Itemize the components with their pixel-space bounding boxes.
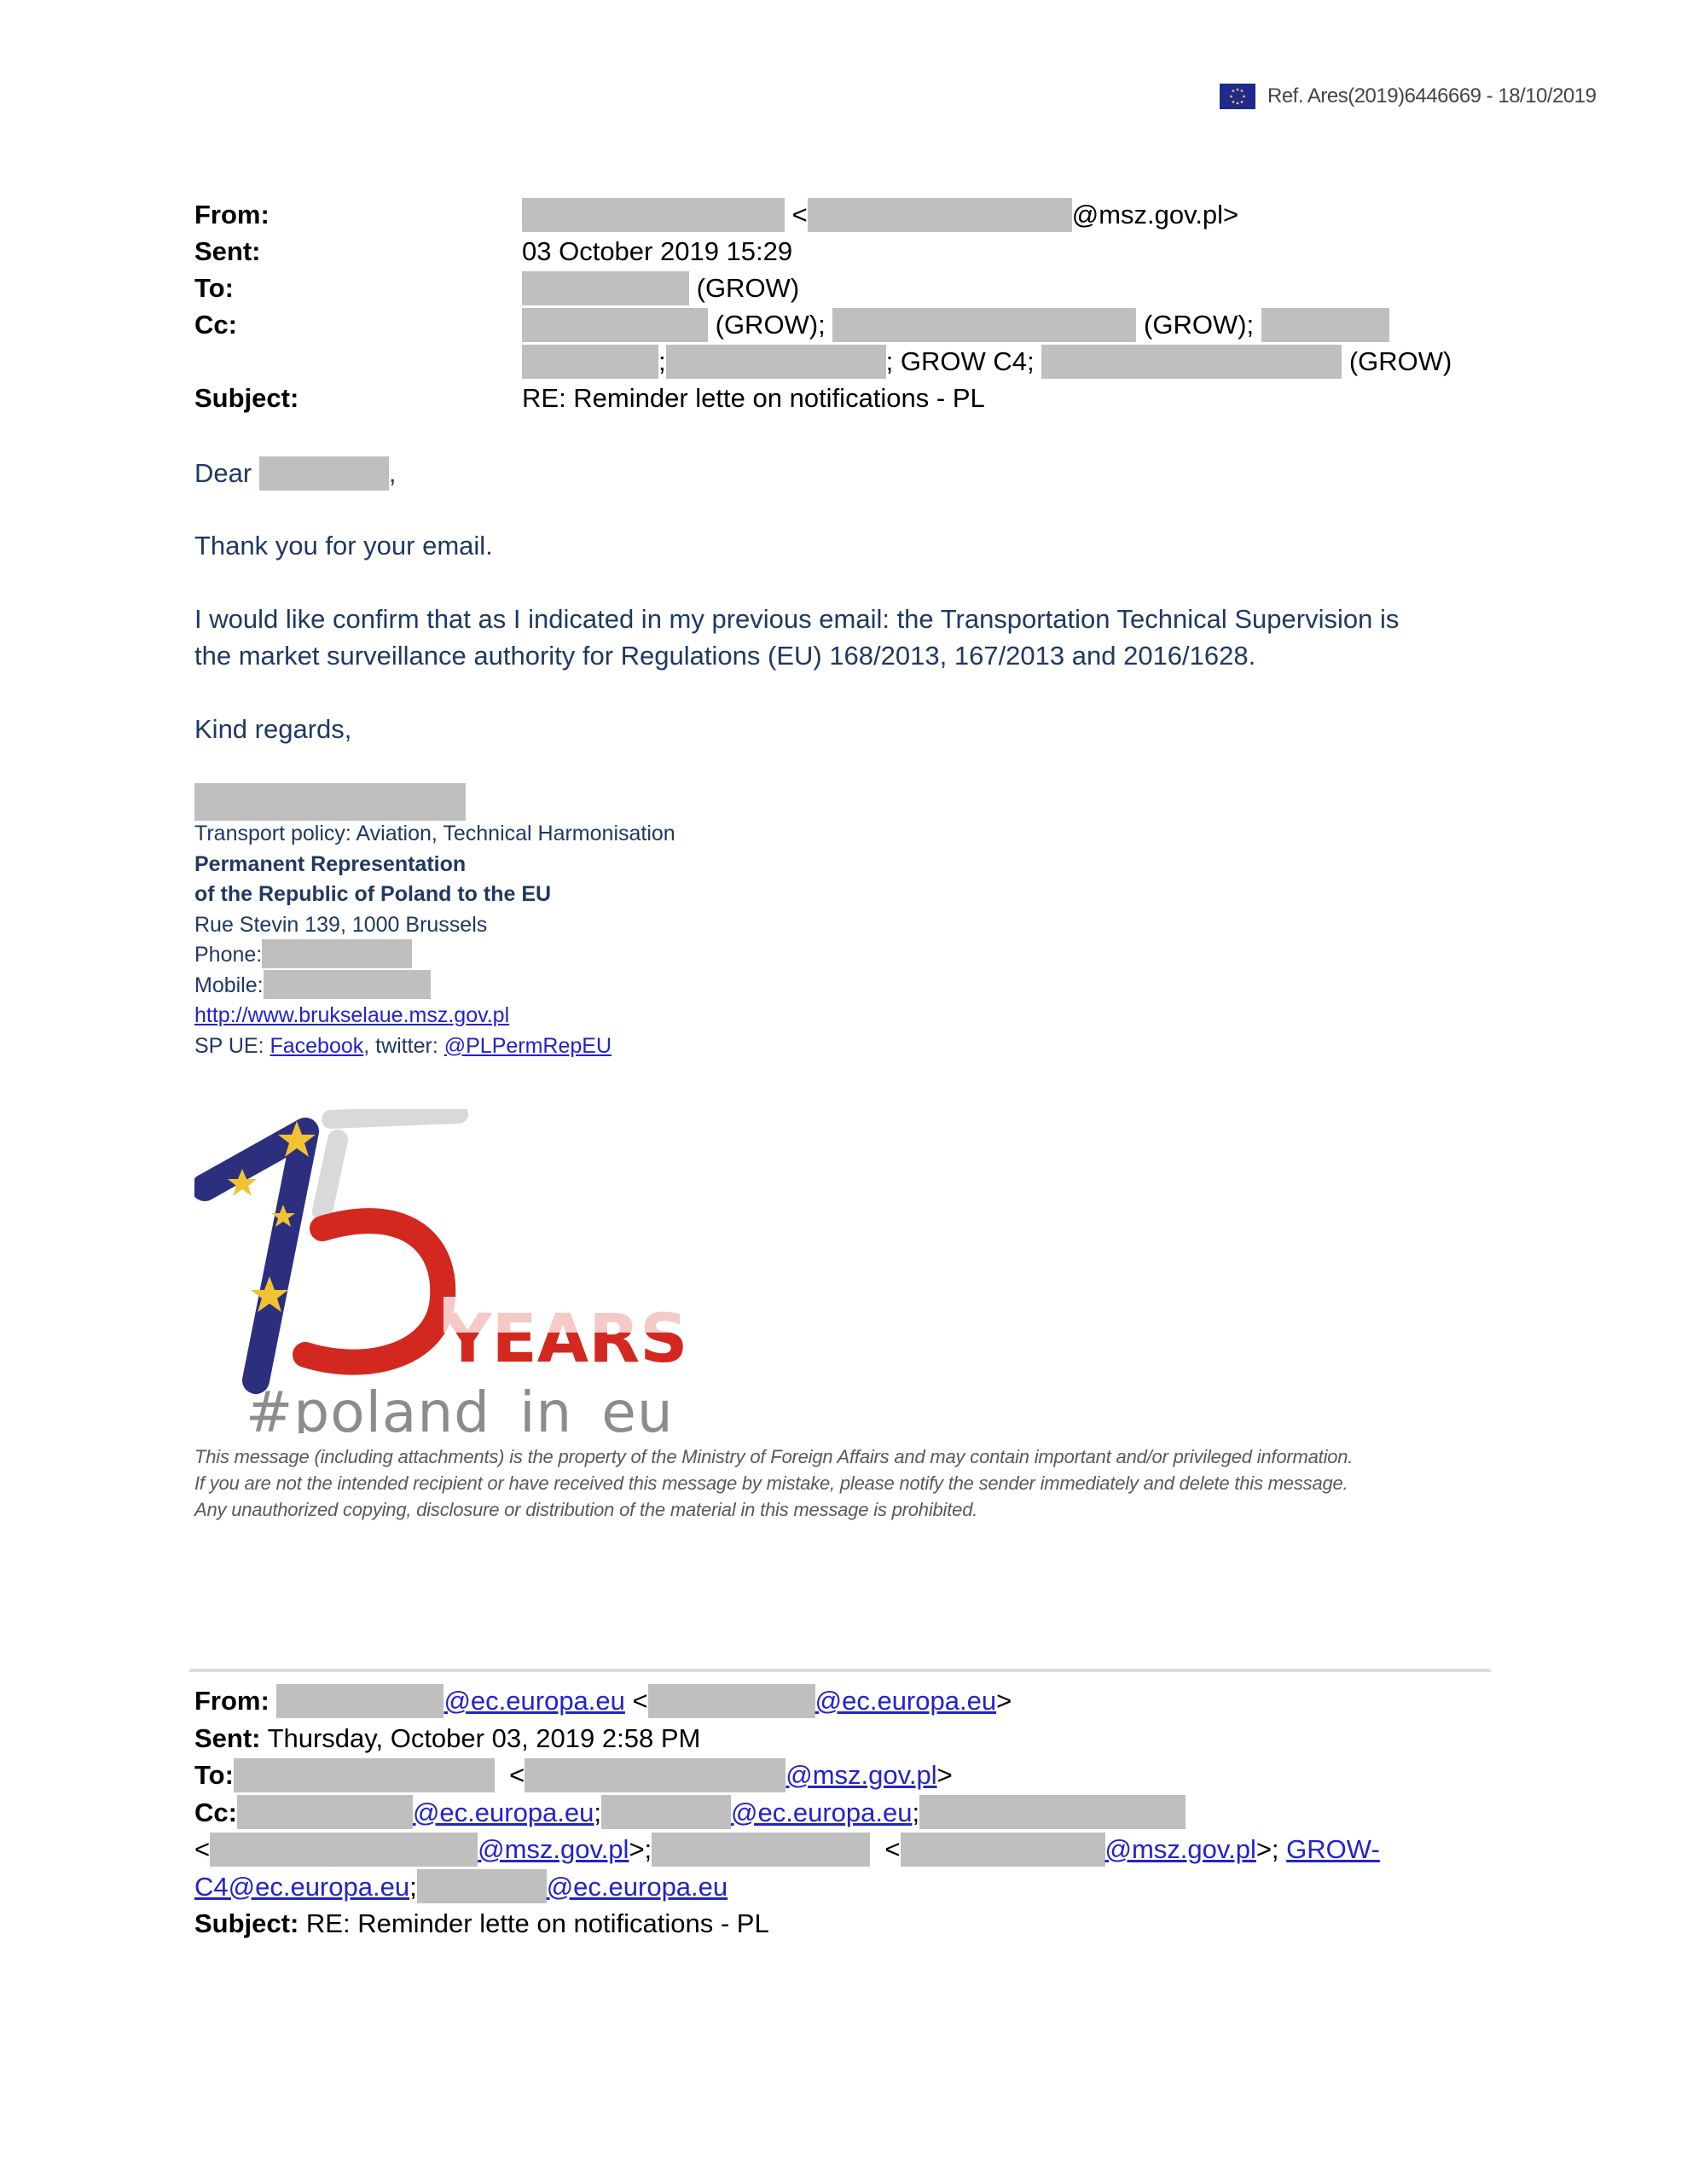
- from-label: From:: [194, 1686, 270, 1716]
- email-header: From: <@msz.gov.pl> Sent: 03 October 201…: [194, 196, 1452, 416]
- redacted-mobile: [264, 970, 431, 999]
- empty-label: [194, 343, 522, 380]
- cc-row-continued: ;; GROW C4; (GROW): [194, 343, 1452, 380]
- logo-hashtag-text: #poland_in_eu: [246, 1380, 674, 1433]
- sent-label: Sent:: [194, 1723, 261, 1753]
- redacted-block: [522, 308, 708, 342]
- signature-phone: Phone:: [194, 940, 675, 971]
- quoted-subject-row: Subject: RE: Reminder lette on notificat…: [194, 1905, 1380, 1943]
- disclaimer-line: Any unauthorized copying, disclosure or …: [194, 1496, 1353, 1523]
- cc-value-line2: ;; GROW C4; (GROW): [522, 343, 1452, 380]
- cc-email-link[interactable]: C4@ec.europa.eu: [194, 1872, 409, 1902]
- redacted-block: [808, 198, 1072, 232]
- signature-address: Rue Stevin 139, 1000 Brussels: [194, 910, 675, 941]
- phone-label: Phone:: [194, 943, 262, 967]
- to-row: To: (GROW): [194, 270, 1452, 306]
- redacted-block: [832, 308, 1136, 342]
- facebook-link[interactable]: Facebook: [270, 1034, 363, 1058]
- reference-text: Ref. Ares(2019)6446669 - 18/10/2019: [1267, 84, 1596, 108]
- from-email-link[interactable]: @ec.europa.eu: [443, 1686, 624, 1716]
- to-email-link[interactable]: @msz.gov.pl: [786, 1760, 936, 1790]
- redacted-block: [522, 198, 785, 232]
- to-value: (GROW): [522, 270, 799, 306]
- cc-email-link[interactable]: @msz.gov.pl: [1105, 1834, 1256, 1864]
- comma: ,: [389, 458, 397, 488]
- redacted-block: [601, 1795, 731, 1829]
- signature: Transport policy: Aviation, Technical Ha…: [194, 787, 675, 1061]
- subject-value: RE: Reminder lette on notifications - PL: [522, 380, 985, 416]
- redacted-sender-name: [194, 783, 466, 821]
- cc-text: ;: [658, 346, 666, 376]
- cc-label: Cc:: [194, 306, 522, 343]
- cc-email-link[interactable]: @msz.gov.pl: [478, 1834, 629, 1864]
- cc-value-line1: (GROW); (GROW);: [522, 306, 1389, 343]
- from-email-link[interactable]: @ec.europa.eu: [815, 1686, 996, 1716]
- cc-email-link[interactable]: @ec.europa.eu: [413, 1798, 594, 1827]
- poland-in-eu-15-years-logo: YEARS #poland_in_eu: [194, 1109, 706, 1433]
- cc-label: Cc:: [194, 1798, 237, 1827]
- redacted-phone: [262, 939, 412, 968]
- redacted-block: [648, 1684, 815, 1718]
- quoted-sent-row: Sent: Thursday, October 03, 2019 2:58 PM: [194, 1720, 1380, 1757]
- redacted-block: [259, 456, 389, 491]
- signature-role: Transport policy: Aviation, Technical Ha…: [194, 819, 675, 850]
- subject-label: Subject:: [194, 380, 522, 416]
- redacted-block: [901, 1833, 1105, 1867]
- quoted-from-row: From: @ec.europa.eu <@ec.europa.eu>: [194, 1682, 1380, 1720]
- angle-bracket: <: [792, 200, 808, 229]
- to-label: To:: [194, 1760, 234, 1790]
- disclaimer-line: This message (including attachments) is …: [194, 1443, 1353, 1470]
- quoted-cc-row-3: C4@ec.europa.eu;@ec.europa.eu: [194, 1868, 1380, 1906]
- signature-org-line-2: of the Republic of Poland to the EU: [194, 880, 675, 910]
- redacted-block: [234, 1758, 495, 1792]
- redacted-block: [652, 1833, 870, 1867]
- signature-org-line-1: Permanent Representation: [194, 850, 675, 880]
- social-links: SP UE: Facebook, twitter: @PLPermRepEU: [194, 1031, 675, 1062]
- website-link[interactable]: http://www.brukselaue.msz.gov.pl: [194, 1003, 509, 1027]
- quoted-cc-row-2: <@msz.gov.pl>; <@msz.gov.pl>; GROW-: [194, 1831, 1380, 1868]
- cc-text: ; GROW C4;: [886, 346, 1035, 376]
- to-suffix: (GROW): [697, 273, 800, 303]
- cc-text: (GROW);: [716, 310, 826, 340]
- cc-row: Cc: (GROW); (GROW);: [194, 306, 1452, 343]
- separator-line: [189, 1669, 1491, 1672]
- twitter-prefix: , twitter:: [363, 1034, 443, 1058]
- twitter-link[interactable]: @PLPermRepEU: [444, 1034, 612, 1058]
- redacted-block: [522, 271, 689, 305]
- greeting: Dear ,: [194, 455, 396, 491]
- cc-email-link[interactable]: @ec.europa.eu: [547, 1872, 728, 1902]
- signature-mobile: Mobile:: [194, 971, 675, 1002]
- cc-text: (GROW);: [1144, 310, 1254, 340]
- from-domain: @msz.gov.pl>: [1072, 200, 1238, 229]
- legal-disclaimer: This message (including attachments) is …: [194, 1443, 1353, 1523]
- redacted-block: [276, 1684, 443, 1718]
- quoted-cc-row: Cc:@ec.europa.eu;@ec.europa.eu;: [194, 1794, 1380, 1832]
- subject-label: Subject:: [194, 1908, 299, 1938]
- subject-row: Subject: RE: Reminder lette on notificat…: [194, 380, 1452, 416]
- mobile-label: Mobile:: [194, 973, 264, 997]
- cc-email-link[interactable]: @ec.europa.eu: [731, 1798, 912, 1827]
- eu-flag-icon: [1220, 84, 1255, 109]
- quoted-email-header: From: @ec.europa.eu <@ec.europa.eu> Sent…: [194, 1682, 1380, 1943]
- redacted-block: [210, 1833, 478, 1867]
- cc-email-link[interactable]: GROW-: [1286, 1834, 1380, 1864]
- redacted-block: [525, 1758, 786, 1792]
- redacted-block: [1261, 308, 1389, 342]
- from-row: From: <@msz.gov.pl>: [194, 196, 1452, 233]
- greeting-text: Dear: [194, 458, 252, 488]
- redacted-block: [237, 1795, 413, 1829]
- sent-value: 03 October 2019 15:29: [522, 233, 792, 270]
- sent-row: Sent: 03 October 2019 15:29: [194, 233, 1452, 270]
- subject-value: RE: Reminder lette on notifications - PL: [306, 1908, 769, 1938]
- redacted-block: [522, 345, 658, 379]
- redacted-block: [666, 345, 886, 379]
- paragraph-1: Thank you for your email.: [194, 527, 493, 564]
- closing: Kind regards,: [194, 711, 351, 747]
- redacted-block: [417, 1869, 547, 1903]
- cc-text: (GROW): [1349, 346, 1452, 376]
- reference-stamp: Ref. Ares(2019)6446669 - 18/10/2019: [1220, 84, 1596, 109]
- from-value: <@msz.gov.pl>: [522, 196, 1238, 233]
- sent-label: Sent:: [194, 233, 522, 270]
- disclaimer-line: If you are not the intended recipient or…: [194, 1470, 1353, 1496]
- redacted-block: [919, 1795, 1186, 1829]
- paragraph-2-line-1: I would like confirm that as I indicated…: [194, 601, 1399, 637]
- paragraph-2: I would like confirm that as I indicated…: [194, 601, 1399, 674]
- redacted-block: [1041, 345, 1342, 379]
- sent-value: Thursday, October 03, 2019 2:58 PM: [268, 1723, 701, 1753]
- to-label: To:: [194, 270, 522, 306]
- from-label: From:: [194, 196, 522, 233]
- social-prefix: SP UE:: [194, 1034, 270, 1058]
- paragraph-2-line-2: the market surveillance authority for Re…: [194, 637, 1399, 674]
- quoted-to-row: To: <@msz.gov.pl>: [194, 1757, 1380, 1794]
